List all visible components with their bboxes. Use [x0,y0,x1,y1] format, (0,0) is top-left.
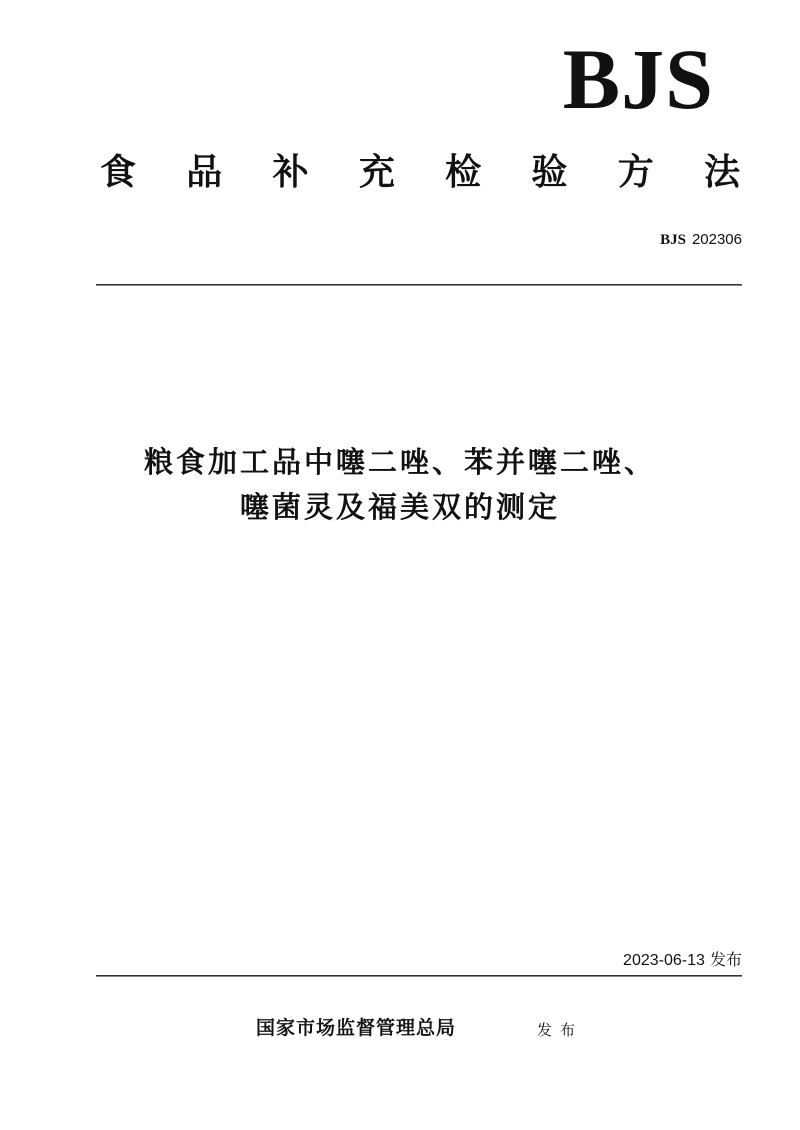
issuer-action: 发布 [537,1019,583,1041]
issue-date: 2023-06-13 发布 [623,950,742,971]
series-title-char: 检 [445,148,481,198]
document-title-line-2: 噻菌灵及福美双的测定 [0,487,800,527]
standard-number: BJS202306 [660,229,742,250]
series-title-char: 充 [359,148,395,198]
standard-code: 202306 [692,231,742,248]
series-title-char: 方 [618,148,654,198]
top-divider [96,284,742,286]
standard-prefix: BJS [660,232,686,248]
series-title-char: 品 [186,148,222,198]
series-title: 食 品 补 充 检 验 方 法 [100,148,740,198]
series-title-char: 补 [273,148,309,198]
bottom-divider [96,975,742,977]
issuer-name: 国家市场监督管理总局 [256,1015,456,1041]
issue-date-suffix: 发布 [710,950,742,969]
series-title-char: 验 [531,148,567,198]
series-title-char: 法 [704,148,740,198]
document-title-line-1: 粮食加工品中噻二唑、苯并噻二唑、 [0,442,800,482]
bjs-logo: BJS [563,34,714,124]
issue-date-value: 2023-06-13 [623,952,705,969]
series-title-char: 食 [100,148,136,198]
